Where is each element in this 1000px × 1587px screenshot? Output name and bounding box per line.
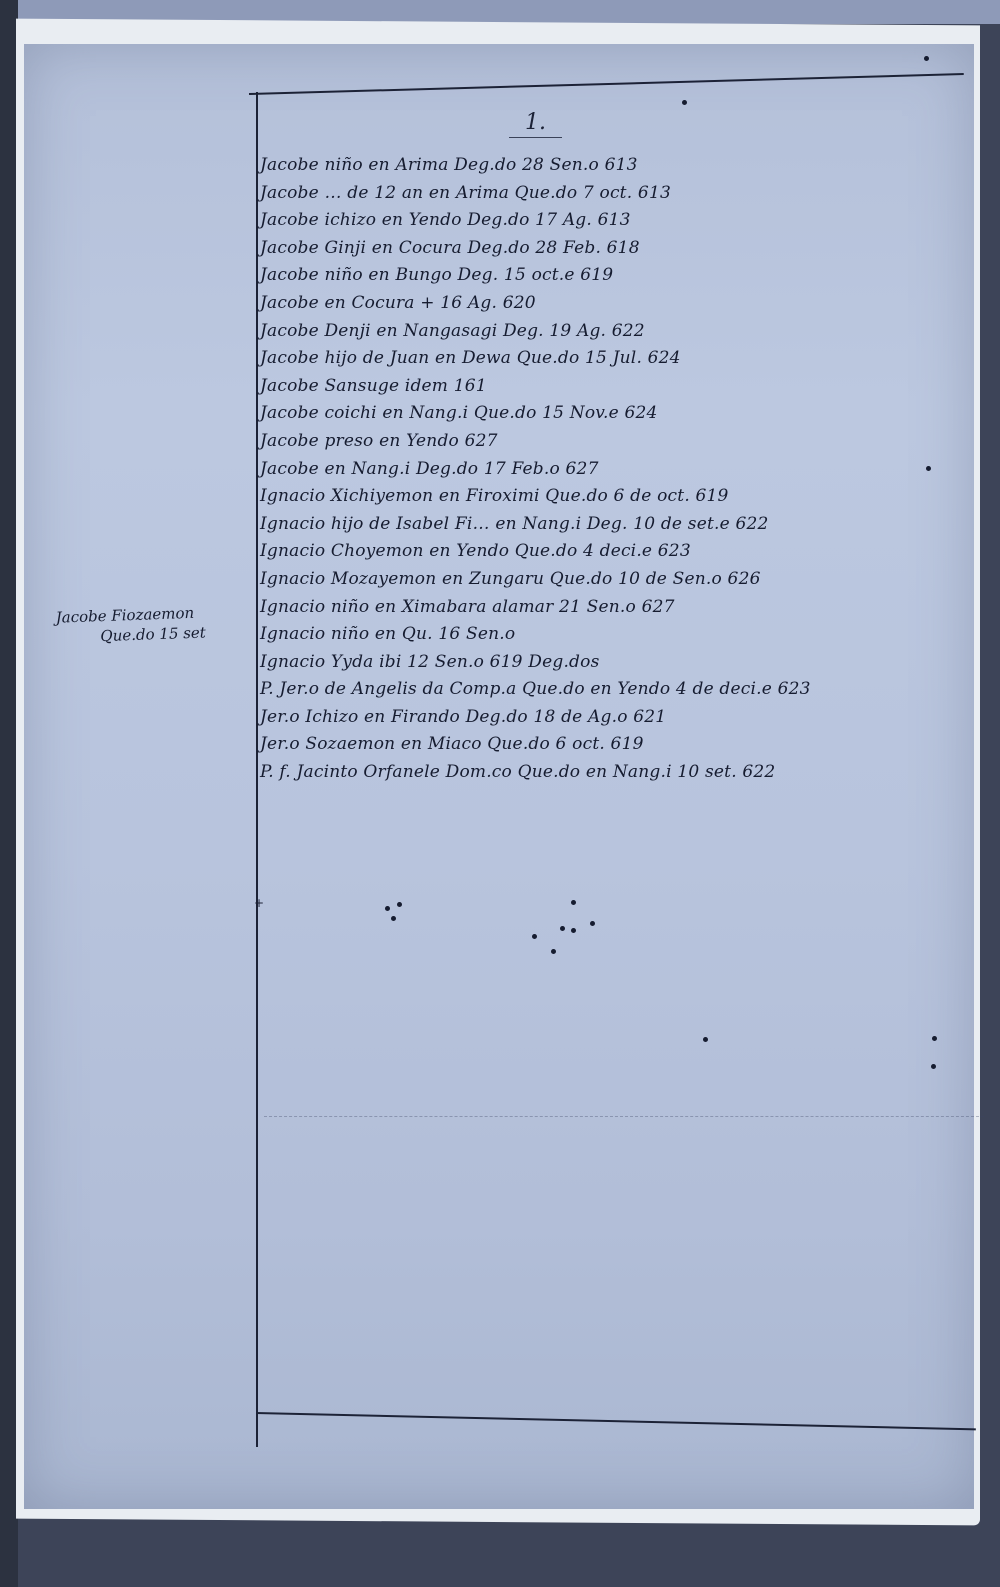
entry-line: Ignacio niño en Ximabara alamar 21 Sen.o… bbox=[260, 594, 960, 622]
ink-dot bbox=[931, 1064, 936, 1069]
ink-dot bbox=[703, 1037, 708, 1042]
page-number: 1. bbox=[509, 110, 562, 138]
ink-dot bbox=[932, 1036, 937, 1041]
ink-dot bbox=[532, 934, 537, 939]
entry-line: Jacobe Denji en Nangasagi Deg. 19 Ag. 62… bbox=[260, 318, 960, 346]
entry-line: Ignacio Choyemon en Yendo Que.do 4 deci.… bbox=[260, 538, 960, 566]
entry-line: P. f. Jacinto Orfanele Dom.co Que.do en … bbox=[260, 759, 960, 787]
ink-dot bbox=[571, 928, 576, 933]
ink-dot bbox=[682, 100, 687, 105]
entry-line: Jacobe ichizo en Yendo Deg.do 17 Ag. 613 bbox=[260, 207, 960, 235]
cross-icon: + bbox=[254, 896, 264, 910]
bottom-ruled-line bbox=[256, 1412, 976, 1430]
entry-line: Ignacio Xichiyemon en Firoximi Que.do 6 … bbox=[260, 483, 960, 511]
entry-line: Ignacio Yyda ibi 12 Sen.o 619 Deg.dos bbox=[260, 649, 960, 677]
marginal-note: Jacobe Fiozaemon Que.do 15 set bbox=[55, 600, 266, 647]
ink-dot bbox=[551, 949, 556, 954]
entry-line: Jacobe … de 12 an en Arima Que.do 7 oct.… bbox=[260, 180, 960, 208]
ink-dot bbox=[926, 466, 931, 471]
faint-fold-line bbox=[264, 1116, 984, 1117]
ink-dot bbox=[571, 900, 576, 905]
entry-line: Jacobe Sansuge idem 161 bbox=[260, 373, 960, 401]
entry-line: Jacobe coichi en Nang.i Que.do 15 Nov.e … bbox=[260, 400, 960, 428]
entry-line: Jacobe niño en Arima Deg.do 28 Sen.o 613 bbox=[260, 152, 960, 180]
entry-line: P. Jer.o de Angelis da Comp.a Que.do en … bbox=[260, 676, 960, 704]
entry-line: Ignacio Mozayemon en Zungaru Que.do 10 d… bbox=[260, 566, 960, 594]
entry-line: Ignacio niño en Qu. 16 Sen.o bbox=[260, 621, 960, 649]
entry-line: Jer.o Sozaemon en Miaco Que.do 6 oct. 61… bbox=[260, 731, 960, 759]
entry-line: Jacobe en Cocura + 16 Ag. 620 bbox=[260, 290, 960, 318]
entry-line: Ignacio hijo de Isabel Fi… en Nang.i Deg… bbox=[260, 511, 960, 539]
entry-line: Jacobe preso en Yendo 627 bbox=[260, 428, 960, 456]
ink-dot bbox=[924, 56, 929, 61]
ink-dot bbox=[385, 906, 390, 911]
entry-line: Jacobe Ginji en Cocura Deg.do 28 Feb. 61… bbox=[260, 235, 960, 263]
entry-line: Jacobe niño en Bungo Deg. 15 oct.e 619 bbox=[260, 262, 960, 290]
ink-dot bbox=[560, 926, 565, 931]
ink-dot bbox=[397, 902, 402, 907]
entry-line: Jacobe en Nang.i Deg.do 17 Feb.o 627 bbox=[260, 456, 960, 484]
entry-line: Jer.o Ichizo en Firando Deg.do 18 de Ag.… bbox=[260, 704, 960, 732]
manuscript-page: 1. Jacobe niño en Arima Deg.do 28 Sen.o … bbox=[24, 44, 974, 1509]
top-ruled-line bbox=[249, 73, 964, 95]
entry-line: Jacobe hijo de Juan en Dewa Que.do 15 Ju… bbox=[260, 345, 960, 373]
left-margin-line bbox=[256, 92, 258, 1447]
ink-dot bbox=[391, 916, 396, 921]
entry-list: Jacobe niño en Arima Deg.do 28 Sen.o 613… bbox=[260, 152, 960, 787]
ink-dot bbox=[590, 921, 595, 926]
